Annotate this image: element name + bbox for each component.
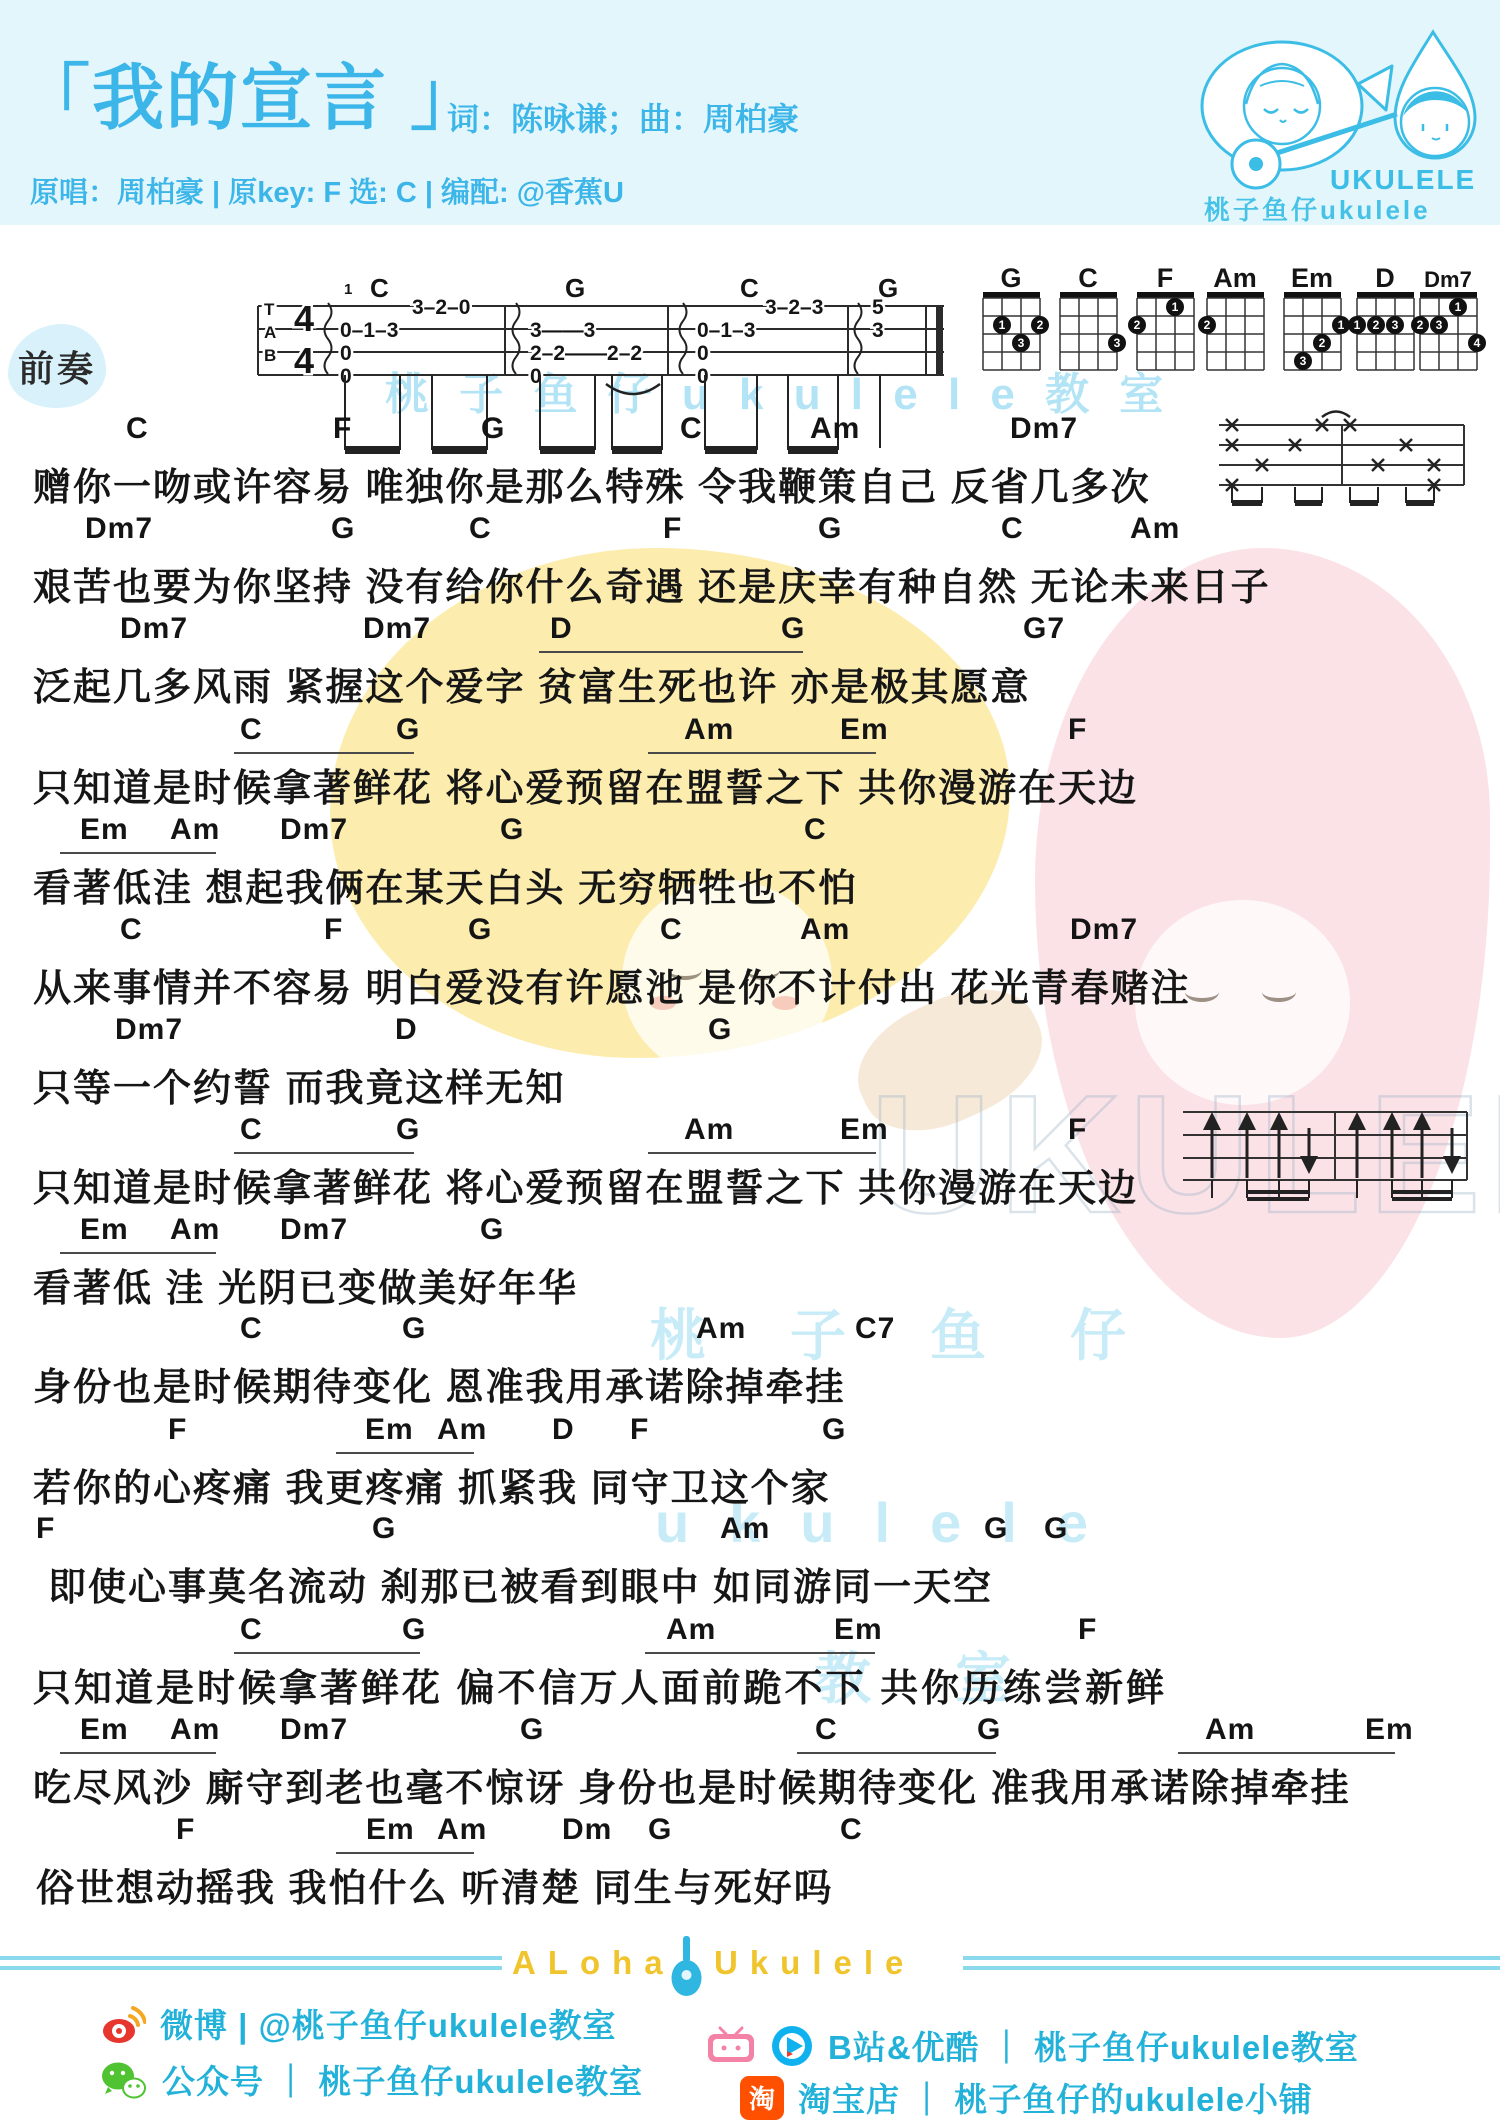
footer-link-taobao: 淘 淘宝店 ｜ 桃子鱼仔的ukulele小铺 — [740, 2074, 1313, 2121]
chord-label: G — [1044, 1512, 1068, 1546]
logo-name-text: 桃子鱼仔ukulele — [1204, 190, 1431, 227]
chord-label: Dm7 — [280, 1713, 348, 1747]
chord-label: Dm7 — [85, 512, 153, 546]
chord-label: G — [481, 412, 505, 446]
chord-label: Am — [666, 1613, 716, 1647]
chord-label: C — [840, 1813, 863, 1847]
lyric-text: 身份也是时候期待变化 恩准我用承诺除掉牵挂 — [33, 1356, 846, 1411]
chord-label: Em — [1365, 1713, 1414, 1747]
lyric-line-11: FEmAmDFG若你的心疼痛 我更疼痛 抓紧我 同守卫这个家 — [0, 1413, 1500, 1513]
chord-label: G — [708, 1013, 732, 1047]
chord-label: D — [552, 1413, 575, 1447]
chord-label: G — [372, 1512, 396, 1546]
lyric-line-7: Dm7DG只等一个约誓 而我竟这样无知 — [0, 1013, 1500, 1113]
chord-label: G — [396, 1113, 420, 1147]
chord-label: G — [396, 713, 420, 747]
intro-label: 前奏 — [18, 341, 96, 392]
chord-label: G — [822, 1413, 846, 1447]
chord-label: Am — [1130, 512, 1180, 546]
chord-label: C — [240, 1312, 263, 1346]
aloha-text-right: Ukulele — [714, 1944, 915, 1982]
youku-play-icon — [770, 2024, 814, 2068]
aloha-text-left: ALoha — [512, 1944, 675, 1982]
chord-label: C — [469, 512, 492, 546]
chord-label: Am — [684, 1113, 734, 1147]
lyric-text: 只知道是时候拿著鲜花 将心爱预留在盟誓之下 共你漫游在天边 — [33, 757, 1138, 812]
chord-label: G — [520, 1713, 544, 1747]
chord-label: Dm7 — [363, 612, 431, 646]
divider-line — [963, 1956, 1500, 1960]
chord-label: Am — [1205, 1713, 1255, 1747]
lyric-line-1: CFGCAmDm7赠你一吻或许容易 唯独你是那么特殊 令我鞭策自己 反省几多次 — [0, 412, 1500, 512]
chord-label: Am — [720, 1512, 770, 1546]
chord-label: G — [468, 913, 492, 947]
chord-label: Am — [437, 1413, 487, 1447]
chord-label: F — [36, 1512, 55, 1546]
chord-underline — [797, 1752, 996, 1754]
chord-label: Dm7 — [115, 1013, 183, 1047]
taobao-icon: 淘 — [740, 2076, 784, 2120]
lyric-line-2: Dm7GCFGCAm艰苦也要为你坚持 没有给你什么奇遇 还是庆幸有种自然 无论未… — [0, 512, 1500, 612]
chord-label: C — [1001, 512, 1024, 546]
chord-label: C — [126, 412, 149, 446]
chord-label: C — [660, 913, 683, 947]
lyric-line-10: CGAmC7身份也是时候期待变化 恩准我用承诺除掉牵挂 — [0, 1312, 1500, 1412]
chord-label: Am — [170, 813, 220, 847]
divider-line — [963, 1966, 1500, 1970]
chord-underline — [648, 752, 876, 754]
chord-label: F — [333, 412, 352, 446]
lyric-line-14: EmAmDm7GCGAmEm吃尽风沙 廝守到老也毫不惊讶 身份也是时候期待变化 … — [0, 1713, 1500, 1813]
divider-line — [0, 1966, 502, 1970]
chord-underline — [336, 1452, 474, 1454]
chord-label: C — [804, 813, 827, 847]
chord-underline — [645, 1652, 875, 1654]
ukulele-divider-icon — [668, 1934, 706, 2003]
lyric-text: 看著低 洼 光阴已变做美好年华 — [33, 1257, 578, 1312]
footer-link-wechat: 公众号 ｜ 桃子鱼仔ukulele教室 — [100, 2056, 643, 2103]
lyric-text: 即使心事莫名流动 刹那已被看到眼中 如同游同一天空 — [48, 1556, 993, 1611]
chord-label: Am — [437, 1813, 487, 1847]
lyric-text: 赠你一吻或许容易 唯独你是那么特殊 令我鞭策自己 反省几多次 — [33, 456, 1151, 511]
chord-label: G — [402, 1312, 426, 1346]
chord-label: F — [1078, 1613, 1097, 1647]
chord-label: G — [648, 1813, 672, 1847]
chord-label: F — [1068, 1113, 1087, 1147]
chord-label: G — [781, 612, 805, 646]
lyric-text: 看著低洼 想起我俩在某天白头 无穷牺牲也不怕 — [33, 857, 858, 912]
chord-label: C — [240, 1613, 263, 1647]
lyric-line-13: CGAmEmF只知道是时候拿著鲜花 偏不信万人面前跪不下 共你历练尝新鲜 — [0, 1613, 1500, 1713]
song-title: 「我的宣言 」 — [18, 40, 484, 144]
chord-label: F — [324, 913, 343, 947]
lyric-text: 只知道是时候拿著鲜花 将心爱预留在盟誓之下 共你漫游在天边 — [33, 1157, 1138, 1212]
lyric-text: 泛起几多风雨 紧握这个爱字 贫富生死也许 亦是极其愿意 — [33, 656, 1031, 711]
lyric-text: 只知道是时候拿著鲜花 偏不信万人面前跪不下 共你历练尝新鲜 — [33, 1657, 1167, 1712]
song-meta: 原唱：周柏豪 | 原key: F 选: C | 编配: @香蕉U — [30, 170, 624, 211]
chord-label: C — [240, 1113, 263, 1147]
song-credits: 词：陈咏谦；曲：周柏豪 — [447, 94, 799, 140]
chord-sheet-page: 桃 子 鱼 仔 u k u l e l e 教 室 桃子鱼仔 ukulele 教… — [0, 0, 1500, 2122]
chord-label: Am — [800, 913, 850, 947]
footer-link-text: 微博 | @桃子鱼仔ukulele教室 — [160, 2000, 616, 2047]
lyric-line-6: CFGCAmDm7从来事情并不容易 明白爱没有许愿池 是你不计付出 花光青春赌注 — [0, 913, 1500, 1013]
taobao-char: 淘 — [749, 2084, 775, 2114]
lyric-text: 俗世想动摇我 我怕什么 听清楚 同生与死好吗 — [36, 1857, 834, 1912]
chord-label: F — [176, 1813, 195, 1847]
chord-label: F — [630, 1413, 649, 1447]
chord-label: C — [815, 1713, 838, 1747]
chord-label: G — [402, 1613, 426, 1647]
chord-label: Dm — [562, 1813, 612, 1847]
footer-link-text: 淘宝店 ｜ 桃子鱼仔的ukulele小铺 — [798, 2074, 1313, 2121]
chord-underline — [234, 752, 414, 754]
lyric-line-15: FEmAmDmGC俗世想动摇我 我怕什么 听清楚 同生与死好吗 — [0, 1813, 1500, 1913]
chord-label: G — [500, 813, 524, 847]
weibo-icon — [100, 2004, 146, 2044]
chord-label: C — [240, 713, 263, 747]
chord-underline — [234, 1652, 420, 1654]
chord-label: G — [480, 1213, 504, 1247]
chord-label: Em — [834, 1613, 883, 1647]
chord-label: F — [1068, 713, 1087, 747]
divider-line — [0, 1956, 502, 1960]
chord-label: F — [168, 1413, 187, 1447]
chord-label: Em — [80, 1713, 129, 1747]
chord-underline — [336, 1852, 474, 1854]
lyric-text: 吃尽风沙 廝守到老也毫不惊讶 身份也是时候期待变化 准我用承诺除掉牵挂 — [33, 1757, 1351, 1812]
lyrics-area: CFGCAmDm7赠你一吻或许容易 唯独你是那么特殊 令我鞭策自己 反省几多次D… — [0, 0, 1500, 2122]
chord-label: C — [120, 913, 143, 947]
chord-label: G7 — [1023, 612, 1065, 646]
chord-label: G — [818, 512, 842, 546]
chord-label: Dm7 — [1070, 913, 1138, 947]
lyric-line-5: EmAmDm7GC看著低洼 想起我俩在某天白头 无穷牺牲也不怕 — [0, 813, 1500, 913]
chord-label: Em — [366, 1813, 415, 1847]
chord-label: Em — [840, 1113, 889, 1147]
lyric-line-8: CGAmEmF只知道是时候拿著鲜花 将心爱预留在盟誓之下 共你漫游在天边 — [0, 1113, 1500, 1213]
chord-label: Em — [80, 1213, 129, 1247]
wechat-icon — [100, 2060, 148, 2100]
chord-label: C7 — [855, 1312, 895, 1346]
footer-link-text: 公众号 ｜ 桃子鱼仔ukulele教室 — [162, 2056, 643, 2103]
lyric-text: 若你的心疼痛 我更疼痛 抓紧我 同守卫这个家 — [33, 1457, 831, 1512]
chord-underline — [60, 1752, 216, 1754]
chord-label: Dm7 — [1010, 412, 1078, 446]
footer-link-bilibili-youku: B站&优酷 ｜ 桃子鱼仔ukulele教室 — [706, 2022, 1359, 2069]
lyric-line-4: CGAmEmF只知道是时候拿著鲜花 将心爱预留在盟誓之下 共你漫游在天边 — [0, 713, 1500, 813]
lyric-text: 只等一个约誓 而我竟这样无知 — [33, 1057, 566, 1112]
chord-label: Dm7 — [280, 1213, 348, 1247]
lyric-text: 艰苦也要为你坚持 没有给你什么奇遇 还是庆幸有种自然 无论未来日子 — [33, 556, 1271, 611]
chord-label: Am — [684, 713, 734, 747]
chord-underline — [60, 852, 216, 854]
chord-label: Em — [840, 713, 889, 747]
chord-underline — [60, 1252, 216, 1254]
chord-label: Dm7 — [120, 612, 188, 646]
lyric-line-3: Dm7Dm7DGG7泛起几多风雨 紧握这个爱字 贫富生死也许 亦是极其愿意 — [0, 612, 1500, 712]
chord-label: Am — [696, 1312, 746, 1346]
chord-underline — [648, 1152, 876, 1154]
bilibili-icon — [706, 2026, 756, 2066]
chord-label: D — [395, 1013, 418, 1047]
lyric-line-9: EmAmDm7G看著低 洼 光阴已变做美好年华 — [0, 1213, 1500, 1313]
logo-mascot-icon: UKULELE — [1190, 14, 1490, 214]
brand-logo: UKULELE 桃子鱼仔ukulele — [1190, 14, 1490, 229]
chord-label: G — [977, 1713, 1001, 1747]
footer-link-text: B站&优酷 ｜ 桃子鱼仔ukulele教室 — [828, 2022, 1359, 2069]
chord-label: Am — [170, 1713, 220, 1747]
chord-label: Am — [810, 412, 860, 446]
chord-underline — [234, 1152, 414, 1154]
footer-link-weibo: 微博 | @桃子鱼仔ukulele教室 — [100, 2000, 616, 2047]
chord-label: G — [984, 1512, 1008, 1546]
chord-label: D — [550, 612, 573, 646]
chord-label: C — [680, 412, 703, 446]
chord-label: Em — [365, 1413, 414, 1447]
chord-label: Dm7 — [280, 813, 348, 847]
lyric-text: 从来事情并不容易 明白爱没有许愿池 是你不计付出 花光青春赌注 — [33, 957, 1191, 1012]
chord-label: G — [331, 512, 355, 546]
chord-underline — [539, 651, 803, 653]
chord-label: F — [663, 512, 682, 546]
chord-underline — [1178, 1752, 1395, 1754]
chord-label: Am — [170, 1213, 220, 1247]
chord-label: Em — [80, 813, 129, 847]
lyric-line-12: FGAmGG即使心事莫名流动 刹那已被看到眼中 如同游同一天空 — [0, 1512, 1500, 1612]
